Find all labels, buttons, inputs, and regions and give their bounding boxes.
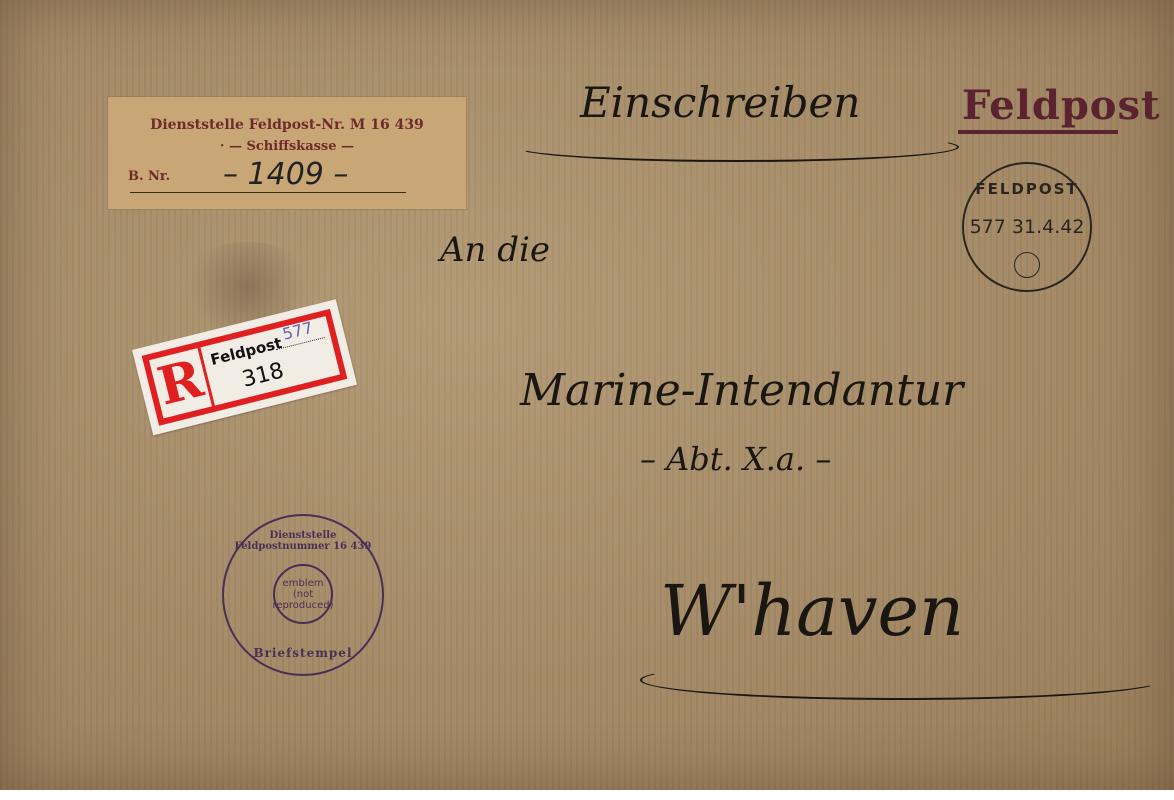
envelope: Dienststelle Feldpost-Nr. M 16 439 · — S…: [0, 0, 1174, 790]
flourish-line: [640, 660, 1164, 700]
address-recipient: Marine-Intendantur: [520, 365, 963, 416]
reference-label: B. Nr.: [128, 169, 170, 184]
sender-label: Dienststelle Feldpost-Nr. M 16 439 · — S…: [108, 97, 466, 209]
postmark: FELDPOST 577 31.4.42: [962, 162, 1092, 292]
office-stamp: Dienststelle Feldpostnummer 16 439 emble…: [222, 514, 384, 676]
postmark-title: FELDPOST: [964, 180, 1090, 198]
reference-number: – 1409 –: [223, 157, 348, 192]
address-salutation: An die: [440, 230, 550, 270]
sender-unit: Dienststelle Feldpost-Nr. M 16 439: [108, 117, 466, 133]
label-rule: [130, 192, 406, 193]
address-department: – Abt. X.a. –: [640, 440, 831, 478]
office-stamp-bottom-text: Briefstempel: [224, 646, 382, 660]
sender-department: · — Schiffskasse —: [108, 139, 466, 154]
seal-placeholder-icon: emblem (not reproduced): [273, 564, 333, 624]
flourish-line: [515, 132, 959, 162]
feldpost-stamp: Feldpost: [962, 82, 1160, 129]
address-city: W'haven: [660, 570, 964, 652]
office-stamp-ring-text: Dienststelle Feldpostnummer 16 439: [224, 530, 382, 552]
stamp-underline: [958, 130, 1118, 134]
service-note: Einschreiben: [580, 78, 860, 127]
seal-placeholder-icon: [1014, 252, 1040, 278]
postmark-date: 577 31.4.42: [964, 216, 1090, 238]
